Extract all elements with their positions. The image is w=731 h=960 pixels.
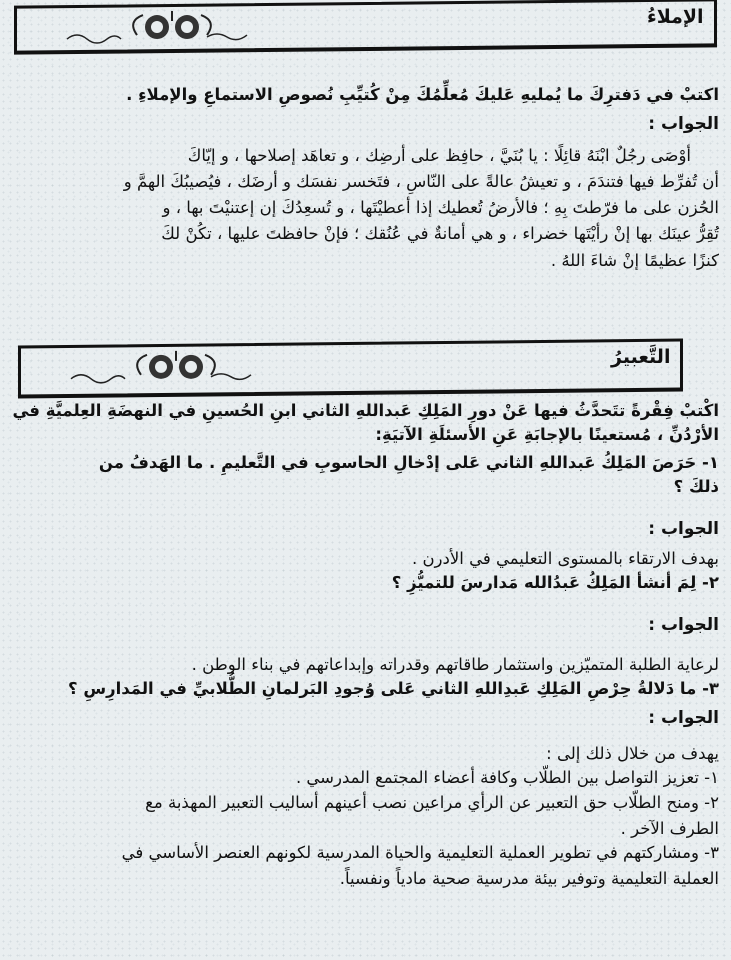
composition-title: التَّعبيرُ	[611, 346, 670, 368]
question-3-answer-line: ٢- ومنح الطلّاب حق التعبير عن الرأي مراع…	[0, 792, 719, 814]
question-2-answer-label: الجواب :	[0, 614, 719, 636]
question-1-line: ١- حَرَصَ المَلِكُ عَبداللهِ الثاني عَلى…	[0, 452, 719, 474]
question-1-answer-label: الجواب :	[0, 518, 719, 540]
ornament-icon	[61, 347, 291, 387]
question-3-answer-line: ١- تعزيز التواصل بين الطلّاب وكافة أعضاء…	[0, 767, 719, 789]
dictation-answer-line: الحُزن على ما فرّطتَ بِهِ ؛ فالأرضُ تُعط…	[0, 197, 719, 219]
question-1-answer-line: بهدف الارتقاء بالمستوى التعليمي في الأدر…	[0, 548, 719, 570]
dictation-instruction: اكتبْ في دَفترِكَ ما يُمليهِ عَليكَ مُعل…	[0, 84, 719, 106]
dictation-answer-line: أن تُفرِّط فيها فتندَمَ ، و تعيشُ عالةً …	[0, 171, 719, 193]
ornament-icon	[57, 7, 287, 47]
dictation-header-box: الإملاءُ	[14, 0, 717, 55]
question-3-answer-line: العملية التعليمية وتوفير بيئة مدرسية صحي…	[0, 868, 719, 890]
question-3-answer-label: الجواب :	[0, 707, 719, 729]
dictation-answer-label: الجواب :	[0, 113, 719, 135]
question-3-line: ٣- ما دَلالةُ حِرْصِ المَلِكِ عَبدِاللهِ…	[0, 678, 719, 700]
composition-instruction-line: الأرْدُنِّ ، مُستعينًا بالإجابَةِ عَنِ ا…	[0, 424, 719, 446]
dictation-answer-line: تُقِرُّ عينَك بها إنْ رأيْتَها خضراء ، و…	[0, 223, 719, 245]
dictation-answer-line: كنزًا عظيمًا إنْ شاءَ اللهُ .	[0, 250, 719, 272]
dictation-title: الإملاءُ	[647, 6, 704, 28]
question-2-answer-line: لرعاية الطلبة المتميّزين واستثمار طاقاته…	[0, 654, 719, 676]
question-3-answer-line: ٣- ومشاركتهم في تطوير العملية التعليمية …	[0, 842, 719, 864]
worksheet-page: الإملاءُ اكتبْ في دَفترِكَ ما يُمليهِ عَ…	[0, 0, 731, 960]
question-3-answer-line: يهدف من خلال ذلك إلى :	[0, 743, 719, 765]
question-3-answer-line: الطرف الآخر .	[0, 818, 719, 840]
composition-instruction-line: اكْتبْ فِقْرةً تتَحدَّثُ فيها عَنْ دورِ …	[0, 400, 719, 422]
question-1-line: ذلكَ ؟	[0, 476, 719, 498]
composition-header-box: التَّعبيرُ	[18, 339, 683, 399]
dictation-answer-line: أوْصَى رجُلٌ ابْنَهُ قائِلًا : يا بُنَيَ…	[0, 145, 691, 167]
question-2-line: ٢- لِمَ أنشأ المَلِكُ عَبدُالله مَدارسَ …	[0, 572, 719, 594]
